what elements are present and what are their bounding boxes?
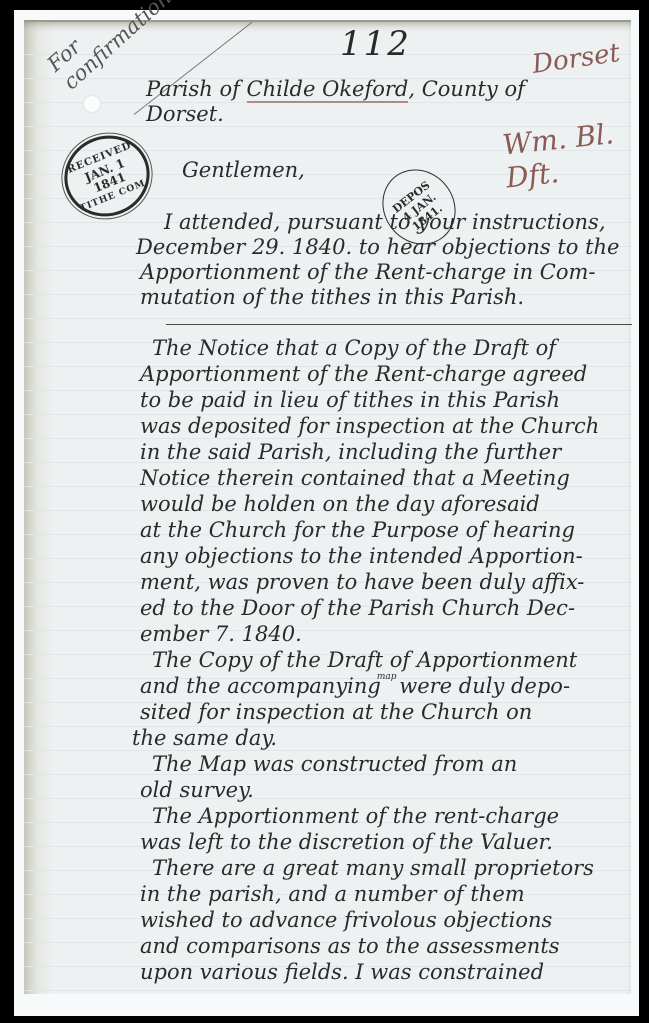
proprietors-line: upon various fields. I was constrained: [140, 960, 544, 984]
header-county: Dorset.: [146, 102, 224, 126]
intro-line: I attended, pursuant to your instruction…: [164, 210, 606, 234]
intro-line: December 29. 1840. to hear objections to…: [136, 235, 619, 259]
folio-number: 112: [340, 24, 411, 64]
received-stamp: RECEIVED JAN. 1 1841 TITHE COM.: [52, 123, 162, 229]
section-rule: [166, 324, 632, 325]
signature: Wm. Bl. Dft.: [501, 116, 634, 195]
punch-hole: [84, 96, 100, 112]
salutation: Gentlemen,: [182, 158, 305, 182]
insertion-map: map: [377, 672, 397, 682]
notice-line: Notice therein contained that a Meeting: [140, 466, 570, 490]
notice-line: in the said Parish, including the furthe…: [140, 440, 561, 464]
notice-line: at the Church for the Purpose of hearing: [140, 518, 575, 542]
notice-line: to be paid in lieu of tithes in this Par…: [140, 388, 560, 412]
header-parish-line: Parish of Childe Okeford, County of: [146, 77, 525, 101]
intro-line: Apportionment of the Rent-charge in Com-: [140, 260, 596, 284]
intro-line: mutation of the tithes in this Parish.: [140, 285, 524, 309]
copy-line2-before: and the accompanying: [140, 674, 381, 698]
proprietors-line: wished to advance frivolous objections: [140, 908, 552, 932]
copy-line-with-insert: and the accompanyingmap were duly depo-: [140, 674, 570, 703]
parish-name: Childe Okeford: [247, 77, 409, 103]
copy-line: sited for inspection at the Church on: [140, 700, 532, 724]
apportionment-line: was left to the discretion of the Valuer…: [140, 830, 553, 854]
notice-line: any objections to the intended Apportion…: [140, 544, 583, 568]
notice-line: would be holden on the day aforesaid: [140, 492, 540, 516]
notice-line: The Notice that a Copy of the Draft of: [152, 336, 556, 360]
map-line: The Map was constructed from an: [152, 752, 517, 776]
header-suffix: , County of: [408, 77, 525, 101]
county-marginal: Dorset: [530, 38, 621, 80]
header-prefix: Parish of: [146, 77, 247, 101]
manuscript-page: For confirmation101. 112 Dorset Wm. Bl. …: [24, 20, 631, 994]
notice-line: ember 7. 1840.: [140, 622, 302, 646]
copy-line: the same day.: [132, 726, 277, 750]
map-line: old survey.: [140, 778, 254, 802]
proprietors-line: in the parish, and a number of them: [140, 882, 525, 906]
notice-line: Apportionment of the Rent-charge agreed: [140, 362, 587, 386]
proprietors-line: and comparisons as to the assessments: [140, 934, 560, 958]
apportionment-line: The Apportionment of the rent-charge: [152, 804, 559, 828]
copy-line2-after: were duly depo-: [393, 674, 571, 698]
notice-line: ment, was proven to have been duly affix…: [140, 570, 584, 594]
copy-line: The Copy of the Draft of Apportionment: [152, 648, 577, 672]
notice-line: was deposited for inspection at the Chur…: [140, 414, 599, 438]
notice-line: ed to the Door of the Parish Church Dec-: [140, 596, 575, 620]
proprietors-line: There are a great many small proprietors: [152, 856, 594, 880]
